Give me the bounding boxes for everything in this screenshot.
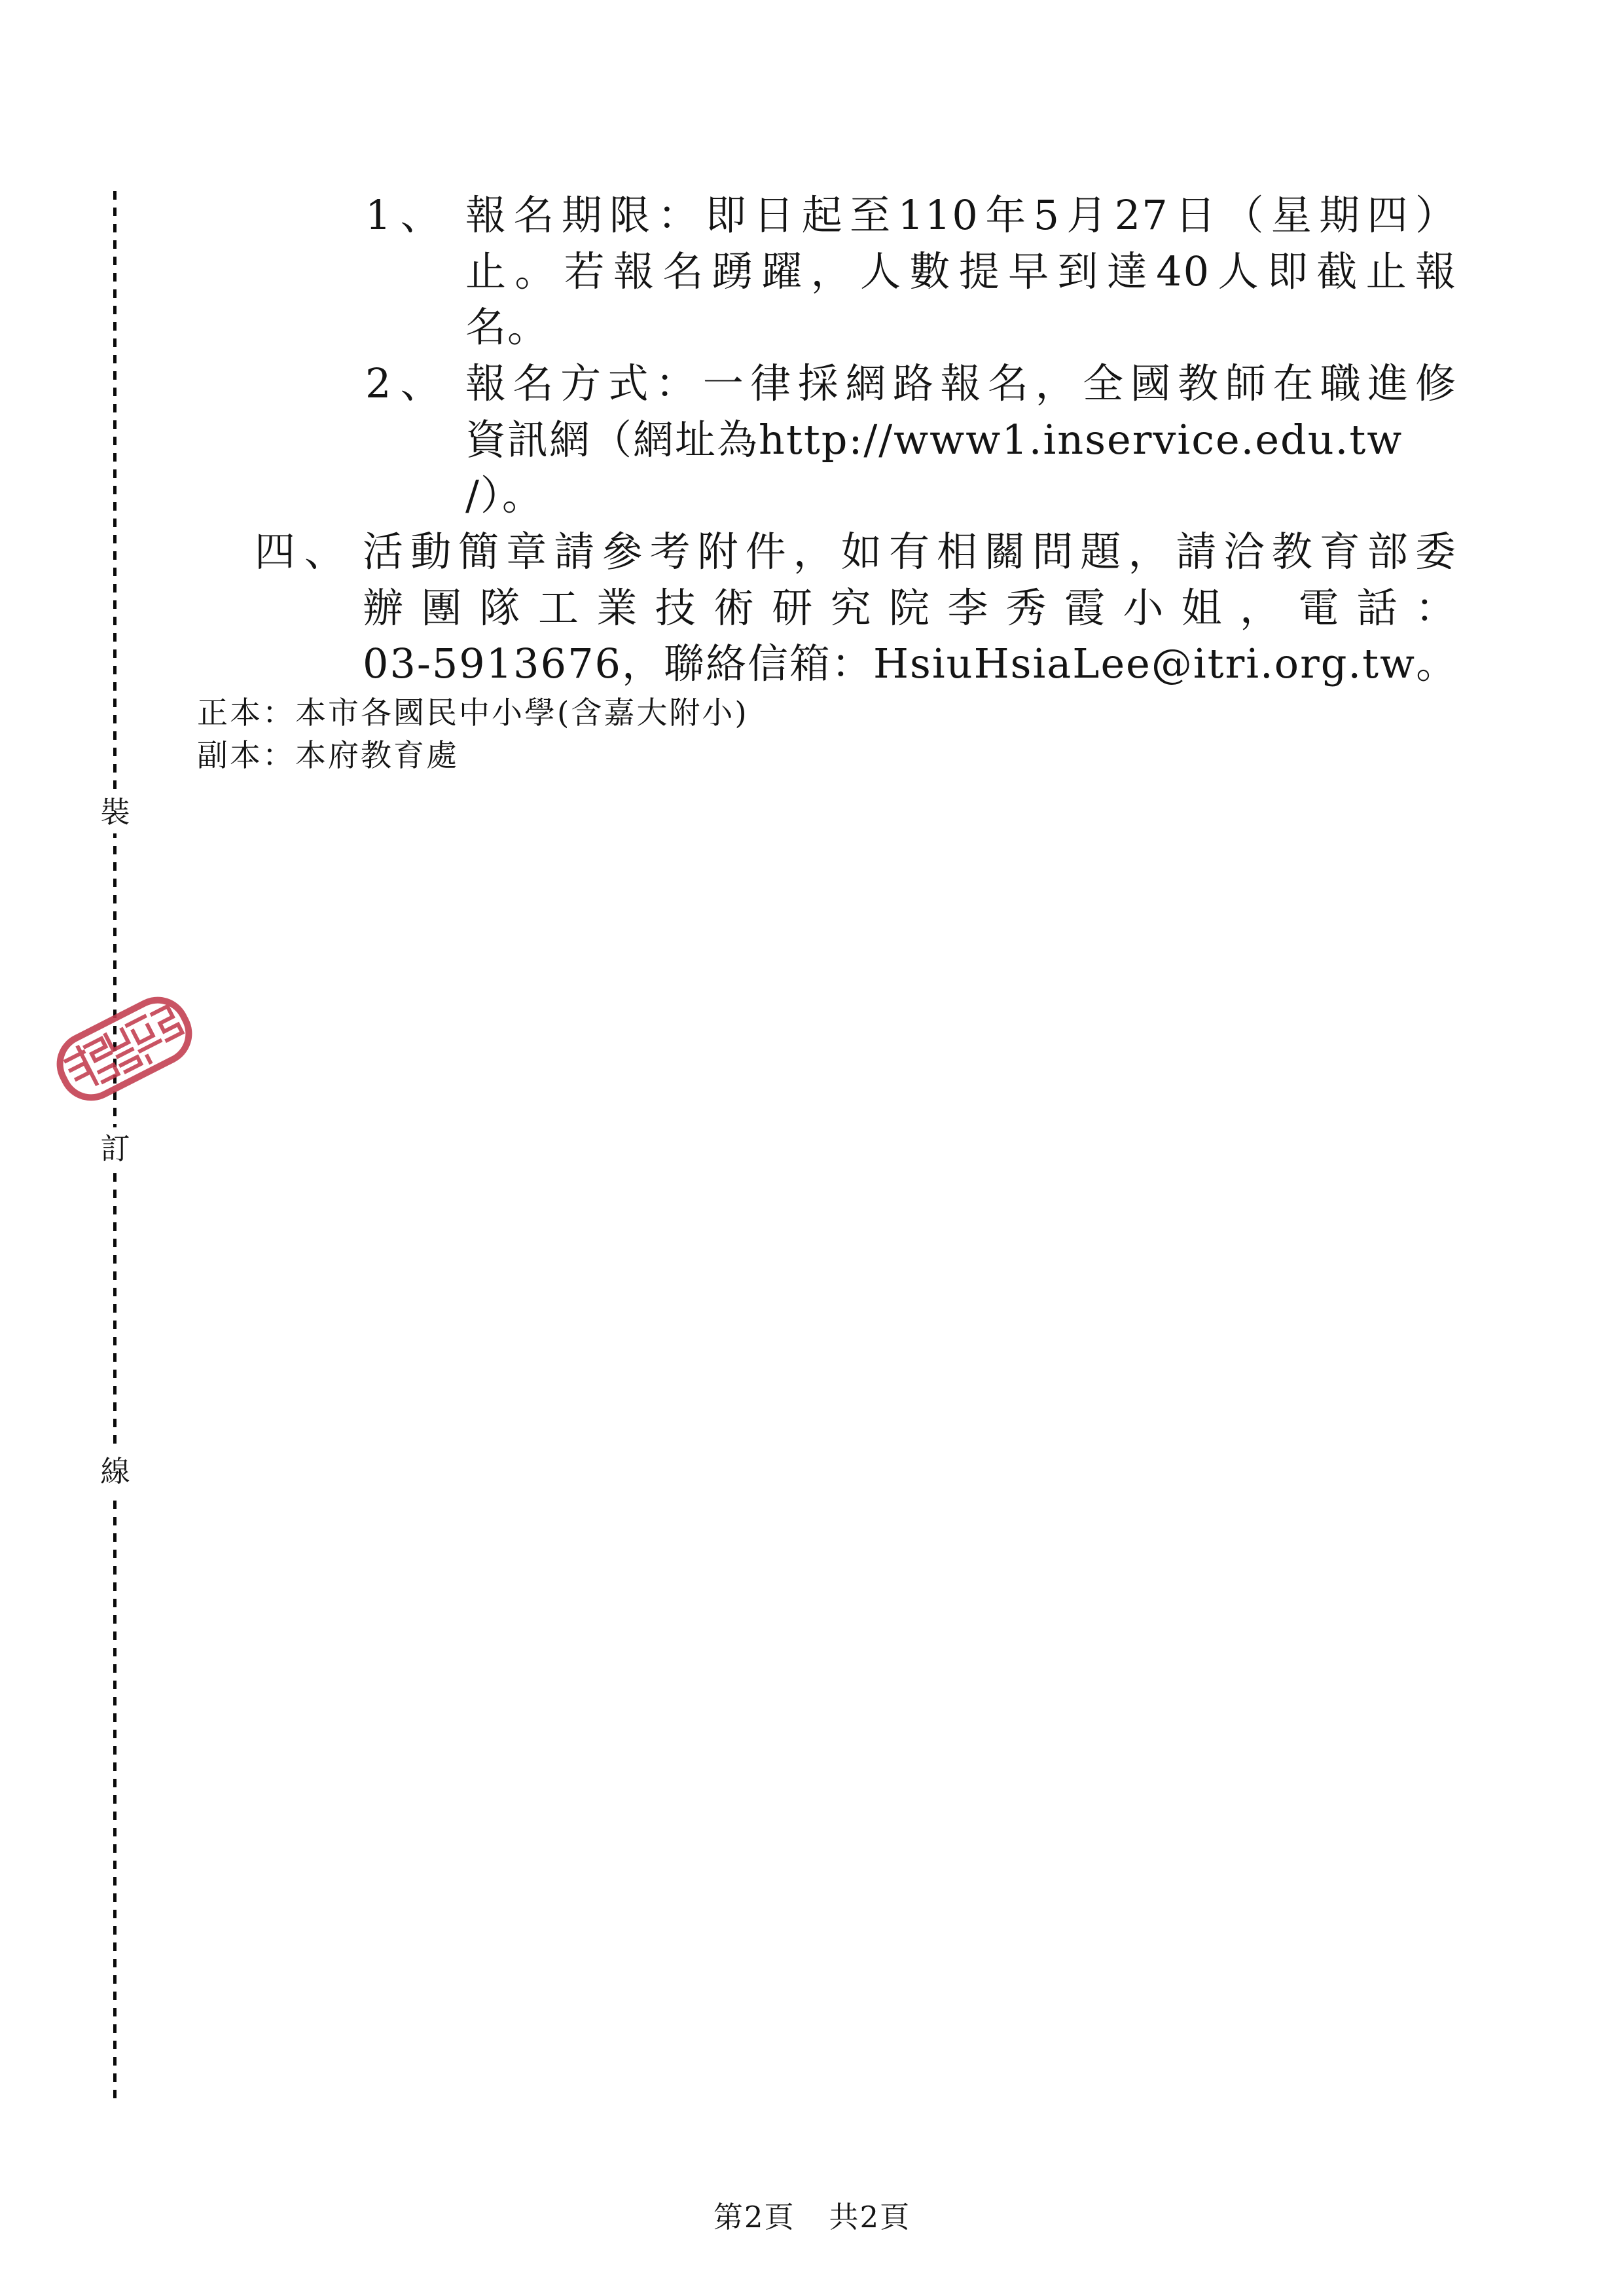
- list-item-1-line-3: 名。: [465, 306, 549, 349]
- list-item-2-line-3: /）。: [465, 474, 544, 517]
- binding-mark-zhuang: 裝: [98, 791, 132, 833]
- recipient-copy-line: 副本：本府教育處: [197, 739, 459, 773]
- list-item-1-line-1: 報名期限：即日起至110年5月27日（星期四）: [465, 194, 1457, 237]
- list-item-1-marker: 1、: [365, 194, 450, 237]
- list-item-4-marker: 四、: [255, 530, 354, 574]
- seal-graphic: [54, 986, 199, 1110]
- list-item-4-line-3: 03-5913676，聯絡信箱：HsiuHsiaLee@itri.org.tw。: [363, 642, 1458, 685]
- list-item-2-line-2: 資訊網（網址為http://www1.inservice.edu.tw: [465, 418, 1403, 462]
- binding-mark-xian: 線: [98, 1450, 132, 1493]
- footer-total-pages: 共2頁: [829, 2200, 911, 2234]
- list-item-4-line-2: 辦團隊工業技術研究院李秀霞小姐，電話：: [363, 587, 1457, 630]
- page-footer: 第2頁共2頁: [0, 2201, 1624, 2234]
- list-item-1-line-2: 止。若報名踴躍，人數提早到達40人即截止報: [465, 250, 1457, 293]
- document-page: 裝 訂 線 1、 報名期限：即日起至110年5月27日（星期四） 止。若報名踴躍…: [0, 0, 1624, 2296]
- footer-page-number: 第2頁: [713, 2200, 795, 2234]
- binding-mark-ding: 訂: [98, 1127, 132, 1170]
- list-item-2-line-1: 報名方式：一律採網路報名，全國教師在職進修: [465, 362, 1457, 405]
- recipient-original-line: 正本：本市各國民中小學(含嘉大附小): [197, 697, 749, 731]
- list-item-4-line-1: 活動簡章請參考附件，如有相關問題，請洽教育部委: [363, 530, 1457, 574]
- list-item-2-marker: 2、: [365, 362, 450, 405]
- official-red-seal-stamp: [54, 986, 199, 1110]
